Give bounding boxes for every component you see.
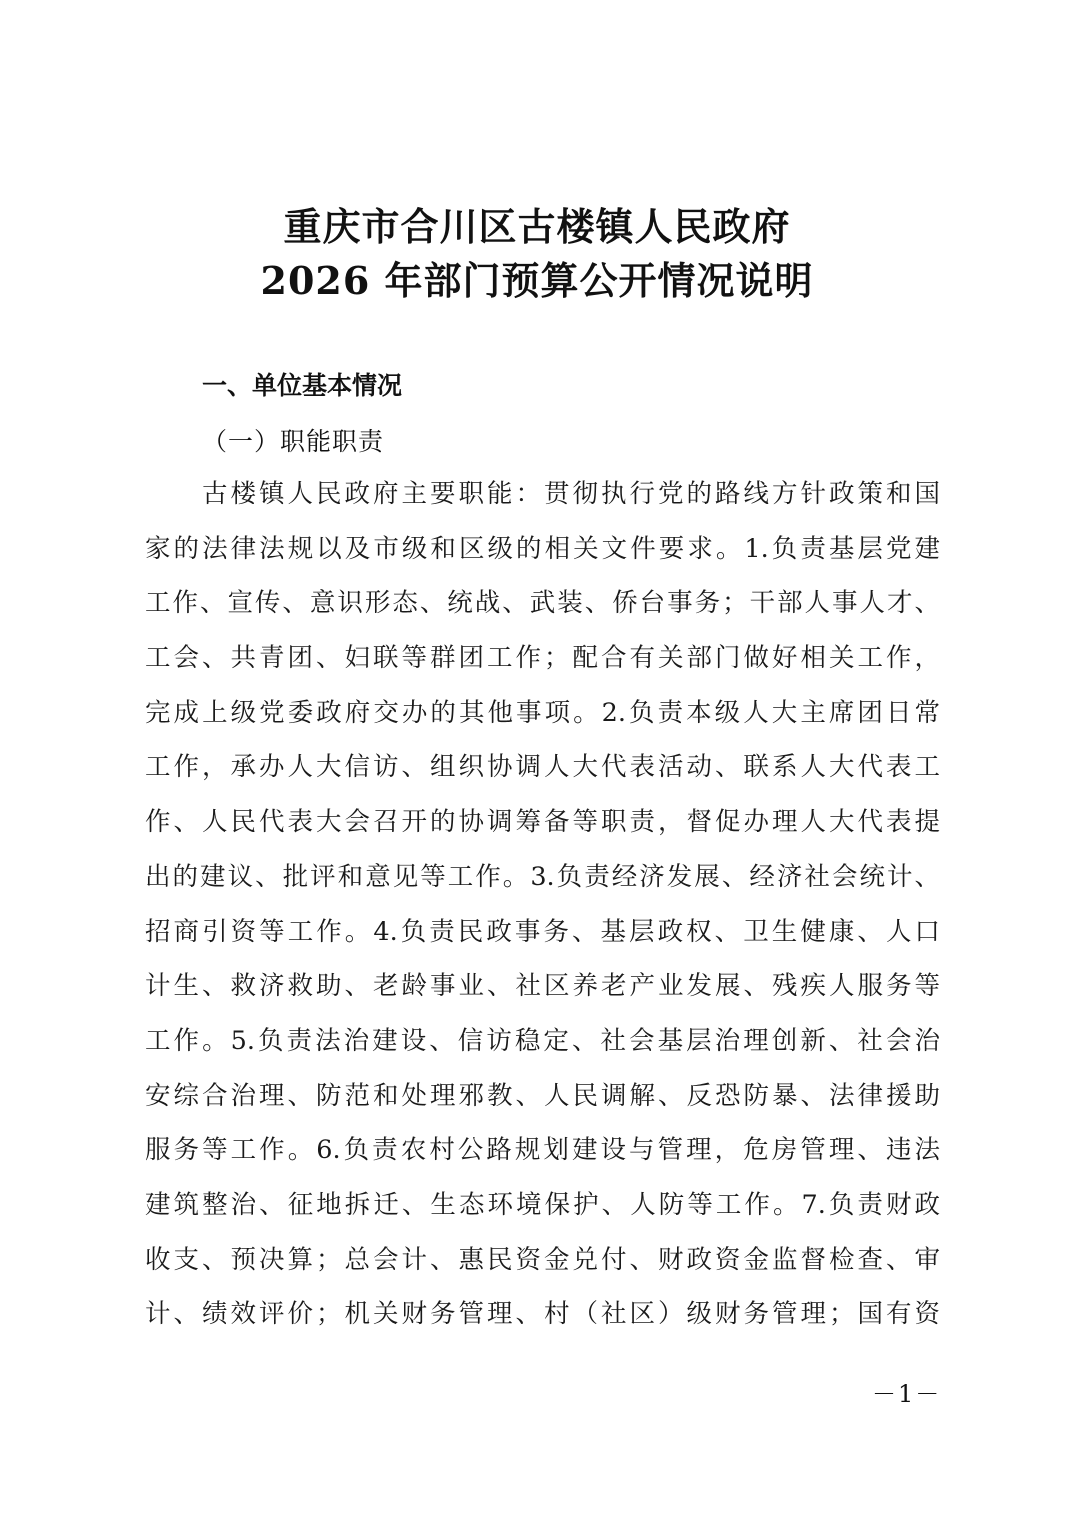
document-page: 重庆市合川区古楼镇人民政府 2026 年部门预算公开情况说明 一、单位基本情况 … [0,0,1074,1520]
paragraph-line: 安综合治理、防范和处理邪教、人民调解、反恐防暴、法律援助 [145,1076,940,1131]
paragraph-line: 工作，承办人大信访、组织协调人大代表活动、联系人大代表工 [145,747,940,802]
paragraph-line: 工作。5.负责法治建设、信访稳定、社会基层治理创新、社会治 [145,1021,940,1076]
document-title-line2: 2026 年部门预算公开情况说明 [0,250,1074,305]
document-title-line1: 重庆市合川区古楼镇人民政府 [0,196,1074,251]
paragraph-line: 作、人民代表大会召开的协调筹备等职责，督促办理人大代表提 [145,802,940,857]
paragraph-line: 招商引资等工作。4.负责民政事务、基层政权、卫生健康、人口 [145,912,940,967]
paragraph-line: 计生、救济救助、老龄事业、社区养老产业发展、残疾人服务等 [145,966,940,1021]
subsection-heading-functions: （一）职能职责 [202,422,384,458]
paragraph-line: 工会、共青团、妇联等群团工作；配合有关部门做好相关工作， [145,638,940,693]
paragraph-line: 建筑整治、征地拆迁、生态环境保护、人防等工作。7.负责财政 [145,1185,940,1240]
functions-paragraph: 古楼镇人民政府主要职能：贯彻执行党的路线方针政策和国 家的法律法规以及市级和区级… [145,474,940,1349]
paragraph-line: 工作、宣传、意识形态、统战、武装、侨台事务；干部人事人才、 [145,583,940,638]
paragraph-line: 古楼镇人民政府主要职能：贯彻执行党的路线方针政策和国 [145,474,940,529]
paragraph-line: 家的法律法规以及市级和区级的相关文件要求。1.负责基层党建 [145,529,940,584]
paragraph-line: 计、绩效评价；机关财务管理、村（社区）级财务管理；国有资 [145,1294,940,1349]
paragraph-line: 出的建议、批评和意见等工作。3.负责经济发展、经济社会统计、 [145,857,940,912]
paragraph-line: 收支、预决算；总会计、惠民资金兑付、财政资金监督检查、审 [145,1240,940,1295]
paragraph-line: 服务等工作。6.负责农村公路规划建设与管理，危房管理、违法 [145,1130,940,1185]
page-number: －1－ [872,1374,941,1409]
paragraph-line: 完成上级党委政府交办的其他事项。2.负责本级人大主席团日常 [145,693,940,748]
section-heading-basic-info: 一、单位基本情况 [202,366,402,402]
